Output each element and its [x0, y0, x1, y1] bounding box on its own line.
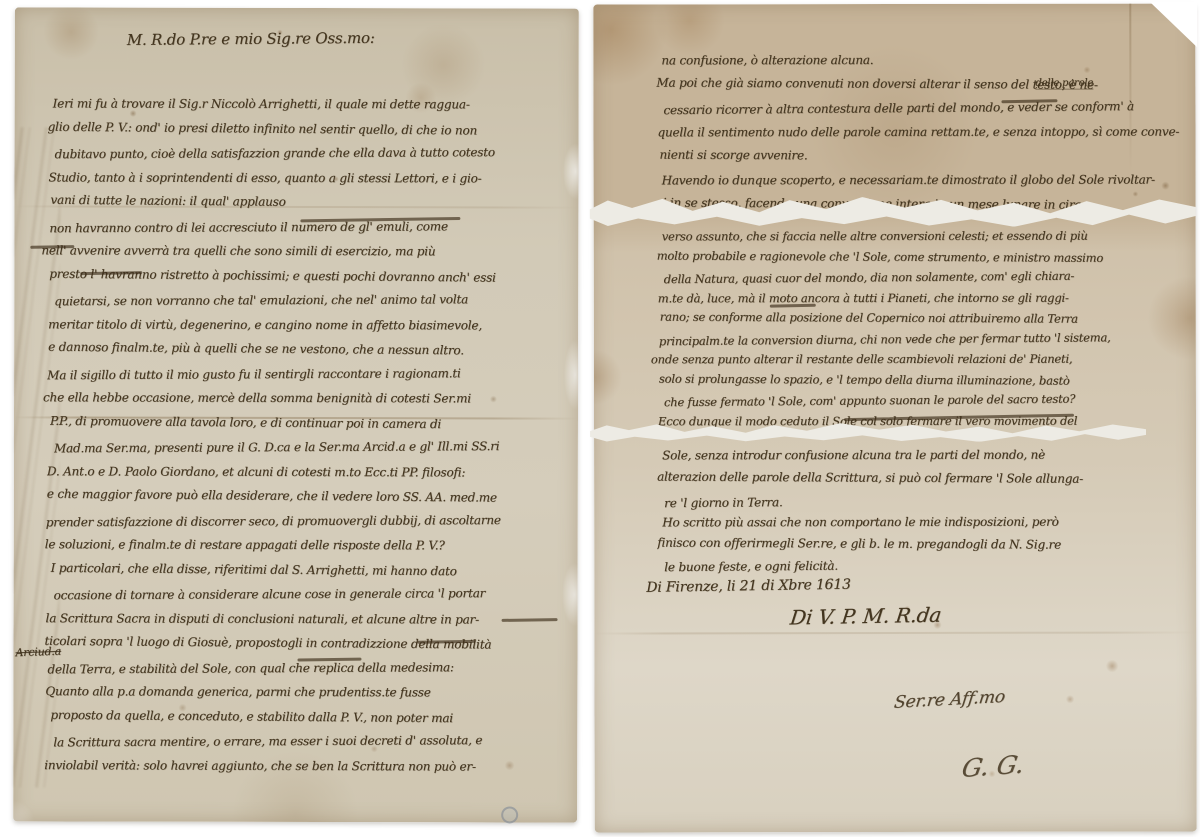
manuscript-line: verso assunto, che si faccia nelle altre…: [662, 225, 1190, 246]
manuscript-line: prender satisfazzione di discorrer seco,…: [46, 507, 572, 534]
manuscript-line: le soluzioni, e finalm.te di restare app…: [45, 532, 572, 558]
manuscript-line: Quanto alla p.a domanda generica, parmi …: [45, 679, 571, 705]
manuscript-line: m.te dà, luce, mà il moto ancora à tutti…: [658, 287, 1190, 308]
manuscript-line: D. Ant.o e D. Paolo Giordano, et alcuni …: [47, 459, 572, 485]
manuscript-line: Havendo io dunque scoperto, e necessaria…: [662, 167, 1190, 192]
salutation: M. R.do P.re e mio Sig.re Oss.mo:: [127, 29, 375, 49]
closing-formula: Ser.re Aff.mo: [893, 687, 1006, 713]
manuscript-line: Mad.ma Ser.ma, presenti pure il G. D.ca …: [54, 434, 572, 461]
letter-body-paragraph-4: Sole, senza introdur confusione alcuna t…: [650, 443, 1190, 514]
manuscript-line: che fusse fermato 'l Sole, com' appunto …: [664, 388, 1190, 413]
manuscript-line: glio delle P. V.: ond' io presi diletto …: [48, 114, 573, 143]
manuscript-line: e che maggior favore può ella desiderare…: [47, 482, 572, 511]
manuscript-line: nell' avvenire avverrà tra quelli che so…: [41, 238, 572, 264]
interlinear-note: delle parole: [1035, 78, 1093, 90]
manuscript-line: che ella hebbe occasione, mercè della so…: [43, 385, 572, 411]
letter-body-page-1: Ieri mi fu à trovare il Sig.r Niccolò Ar…: [39, 91, 572, 792]
manuscript-line: vani di tutte le nazioni: il qual' appla…: [50, 188, 572, 217]
manuscript-page-1: M. R.do P.re e mio Sig.re Oss.mo: Ieri m…: [13, 7, 579, 822]
manuscript-page-2: na confusione, ò alterazione alcuna.Ma p…: [593, 3, 1196, 832]
manuscript-line: rano; se conforme alla posizione del Cop…: [660, 307, 1190, 330]
manuscript-line: I particolari, che ella disse, riferitim…: [51, 555, 572, 584]
letter-body-paragraph-1: na confusione, ò alterazione alcuna.Ma p…: [649, 47, 1189, 170]
manuscript-line: principalm.te la conversion diurna, chi …: [659, 326, 1190, 351]
manuscript-line: Sole, senza introdur confusione alcuna t…: [662, 443, 1190, 467]
manuscript-photo: M. R.do P.re e mio Sig.re Oss.mo: Ieri m…: [0, 0, 1200, 837]
manuscript-line: cessario ricorrer à altra contestura del…: [663, 94, 1189, 122]
fold-crease: [594, 631, 1196, 634]
margin-note: Arciud.a: [15, 645, 61, 659]
valediction: Di V. P. M. R.da: [789, 603, 943, 630]
manuscript-line: Ma poi che già siamo convenuti non dover…: [656, 71, 1189, 98]
letter-body-paragraph-3: verso assunto, che si faccia nelle altre…: [650, 225, 1190, 432]
letter-body-paragraph-5: Ho scritto più assai che non comportano …: [650, 511, 1190, 578]
manuscript-line: Ho scritto più assai che non comportano …: [662, 511, 1190, 533]
manuscript-line: Ma il sigillo di tutto il mio gusto fu i…: [47, 360, 572, 387]
manuscript-line: inviolabil verità: solo havrei aggiunto,…: [44, 753, 571, 779]
manuscript-line: occasione di tornare à considerare alcun…: [54, 581, 572, 608]
manuscript-line: non havranno contro di lei accresciuto i…: [49, 213, 572, 240]
manuscript-line: quietarsi, se non vorranno che tal' emul…: [54, 287, 572, 314]
manuscript-line: onde senza punto alterar il restante del…: [651, 349, 1190, 370]
manuscript-line: la Scrittura Sacra in disputi di conclus…: [46, 606, 572, 632]
signature-initials: G. G.: [960, 750, 1027, 783]
manuscript-line: le buone feste, e ogni felicità.: [664, 553, 1190, 579]
manuscript-line: dubitavo punto, cioè della satisfazzion …: [54, 140, 572, 167]
manuscript-line: Ieri mi fu à trovare il Sig.r Niccolò Ar…: [53, 91, 573, 117]
manuscript-line: meritar titolo di virtù, degenerino, e c…: [48, 312, 572, 338]
manuscript-line: proposto da quella, e conceduto, e stabi…: [50, 702, 571, 731]
manuscript-line: della Natura, quasi cuor del mondo, dia …: [664, 265, 1190, 290]
manuscript-line: la Scrittura sacra mentire, o errare, ma…: [53, 728, 571, 755]
manuscript-line: presto l' havranno ristretto à pochissim…: [49, 261, 572, 290]
manuscript-line: nienti si scorge avvenire.: [659, 143, 1189, 170]
dateline: Di Firenze, li 21 di Xbre 1613: [646, 577, 851, 596]
manuscript-line: quella il sentimento nudo delle parole c…: [657, 120, 1189, 145]
embossed-stamp: [501, 806, 518, 823]
manuscript-line: Studio, tanto à i soprintendenti di esso…: [48, 165, 572, 191]
manuscript-line: na confusione, ò alterazione alcuna.: [661, 47, 1189, 72]
manuscript-line: e dannoso finalm.te, più à quelli che se…: [48, 335, 572, 364]
manuscript-line: ticolari sopra 'l luogo di Giosuè, propo…: [44, 629, 571, 658]
manuscript-line: re 'l giorno in Terra.: [664, 488, 1190, 515]
manuscript-line: P.P., di promuovere alla tavola loro, e …: [50, 408, 572, 437]
